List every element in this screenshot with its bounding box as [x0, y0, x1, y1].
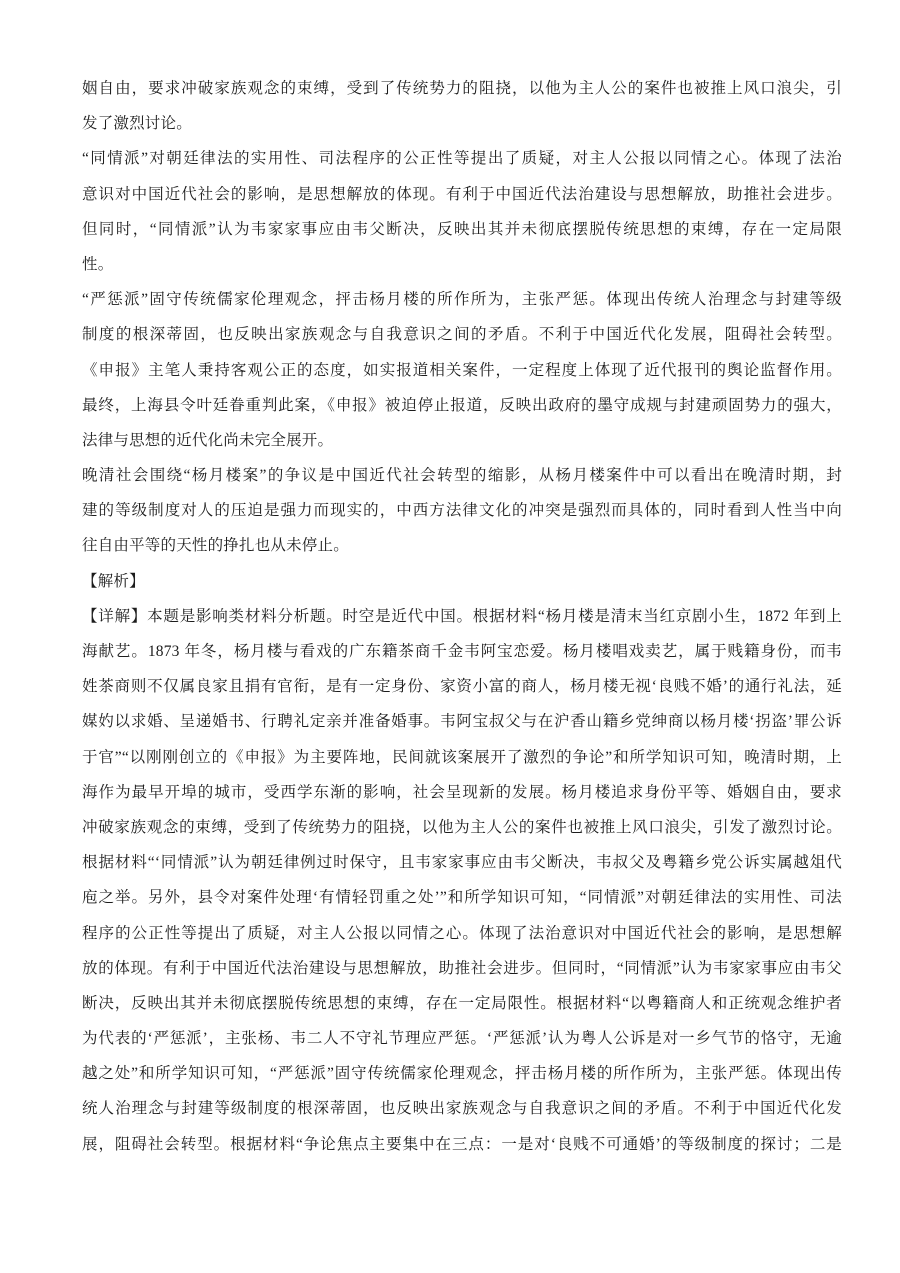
text-line-9: 《申报》主笔人秉持客观公正的态度，如实报道相关案件，一定程度上体现了近代报刊的舆…: [82, 353, 842, 388]
text-line-31: 展，阻碍社会转型。根据材料“争论焦点主要集中在三点：一是对‘良贱不可通婚’的等级…: [82, 1127, 842, 1162]
text-line-11: 法律与思想的近代化尚未完全展开。: [82, 423, 842, 458]
text-line-21: 海作为最早开埠的城市，受西学东渐的影响，社会呈现新的发展。杨月楼追求身份平等、婚…: [82, 775, 842, 810]
text-line-17: 海献艺。1873 年冬，杨月楼与看戏的广东籍茶商千金韦阿宝恋爱。杨月楼唱戏卖艺，…: [82, 634, 842, 669]
text-line-28: 为代表的‘严惩派’，主张杨、韦二人不守礼节理应严惩。‘严惩派’认为粤人公诉是对一…: [82, 1021, 842, 1056]
text-line-19: 媒妁以求婚、呈递婚书、行聘礼定亲并准备婚事。韦阿宝叔父与在沪香山籍乡党绅商以杨月…: [82, 704, 842, 739]
text-line-22: 冲破家族观念的束缚，受到了传统势力的阻挠，以他为主人公的案件也被推上风口浪尖，引…: [82, 810, 842, 845]
text-line-6: 性。: [82, 247, 842, 282]
text-line-25: 程序的公正性等提出了质疑，对主人公报以同情之心。体现了法治意识对中国近代社会的影…: [82, 916, 842, 951]
text-line-3: “同情派”对朝廷律法的实用性、司法程序的公正性等提出了质疑，对主人公报以同情之心…: [82, 141, 842, 176]
text-line-27: 断决，反映出其并未彻底摆脱传统思想的束缚，存在一定局限性。根据材料“以粤籍商人和…: [82, 986, 842, 1021]
text-line-30: 统人治理念与封建等级制度的根深蒂固，也反映出家族观念与自我意识之间的矛盾。不利于…: [82, 1091, 842, 1126]
text-line-5: 但同时，“同情派”认为韦家家事应由韦父断决，反映出其并未彻底摆脱传统思想的束缚，…: [82, 212, 842, 247]
text-line-1: 姻自由，要求冲破家族观念的束缚，受到了传统势力的阻挠，以他为主人公的案件也被推上…: [82, 71, 842, 106]
document-page: 姻自由，要求冲破家族观念的束缚，受到了传统势力的阻挠，以他为主人公的案件也被推上…: [0, 0, 900, 1273]
text-line-14: 往自由平等的天性的挣扎也从未停止。: [82, 528, 842, 563]
text-line-12: 晚清社会围绕“杨月楼案”的争议是中国近代社会转型的缩影，从杨月楼案件中可以看出在…: [82, 458, 842, 493]
text-line-13: 建的等级制度对人的压迫是强力而现实的，中西方法律文化的冲突是强烈而具体的，同时看…: [82, 493, 842, 528]
text-line-29: 越之处”和所学知识可知，“严惩派”固守传统儒家伦理观念，抨击杨月楼的所作所为，主…: [82, 1056, 842, 1091]
text-line-15: 【解析】: [82, 564, 842, 599]
text-line-20: 于官”“以刚刚创立的《申报》为主要阵地，民间就该案展开了激烈的争论”和所学知识可…: [82, 740, 842, 775]
text-line-16: 【详解】本题是影响类材料分析题。时空是近代中国。根据材料“杨月楼是清末当红京剧小…: [82, 599, 842, 634]
text-line-7: “严惩派”固守传统儒家伦理观念，抨击杨月楼的所作所为，主张严惩。体现出传统人治理…: [82, 282, 842, 317]
text-line-8: 制度的根深蒂固，也反映出家族观念与自我意识之间的矛盾。不利于中国近代化发展，阻碍…: [82, 317, 842, 352]
text-line-24: 庖之举。另外，县令对案件处理‘有情轻罚重之处’”和所学知识可知，“同情派”对朝廷…: [82, 880, 842, 915]
text-line-4: 意识对中国近代社会的影响，是思想解放的体现。有利于中国近代法治建设与思想解放，助…: [82, 177, 842, 212]
text-line-10: 最终，上海县令叶廷眷重判此案，《申报》被迫停止报道，反映出政府的墨守成规与封建顽…: [82, 388, 842, 423]
document-body: 姻自由，要求冲破家族观念的束缚，受到了传统势力的阻挠，以他为主人公的案件也被推上…: [82, 71, 842, 1162]
text-line-18: 姓茶商则不仅属良家且捐有官衔，是有一定身份、家资小富的商人，杨月楼无视‘良贱不婚…: [82, 669, 842, 704]
text-line-23: 根据材料“‘同情派”认为朝廷律例过时保守，且韦家家事应由韦父断决，韦叔父及粤籍乡…: [82, 845, 842, 880]
text-line-26: 放的体现。有利于中国近代法治建设与思想解放，助推社会进步。但同时，“同情派”认为…: [82, 951, 842, 986]
text-line-2: 发了激烈讨论。: [82, 106, 842, 141]
